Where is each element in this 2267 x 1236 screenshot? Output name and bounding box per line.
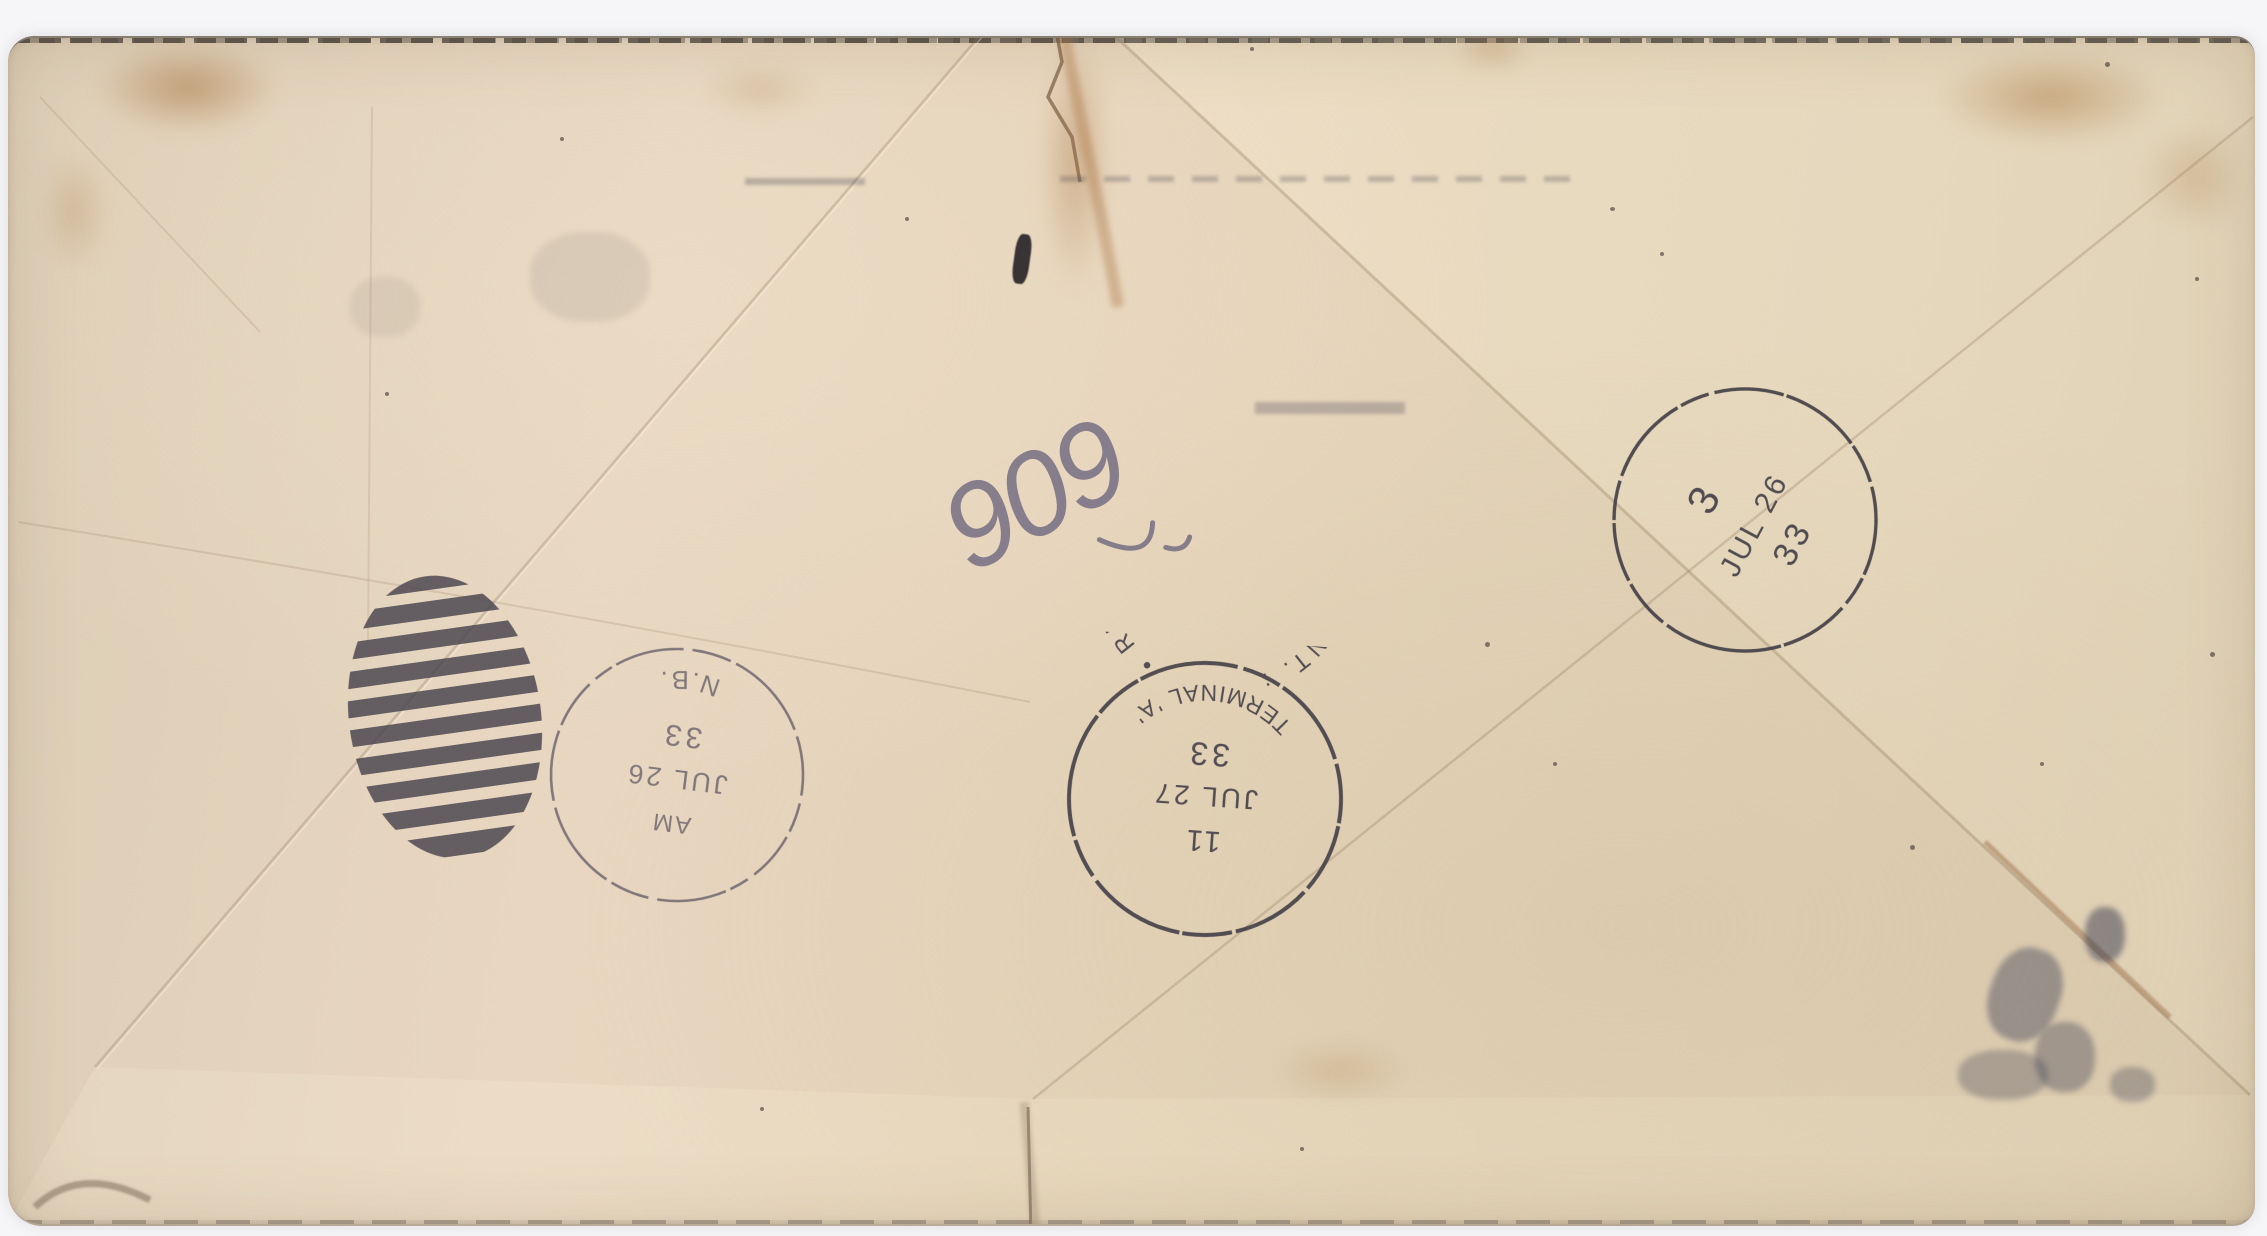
stain-left-edge [40, 152, 110, 272]
ink-speck [2210, 652, 2215, 657]
svg-text:TERMINAL 'A': TERMINAL 'A' [1124, 674, 1298, 741]
shediac-date: JUL 26 [624, 758, 729, 800]
ink-speck [1553, 762, 1557, 766]
ghost-ink-streak [1060, 176, 1580, 182]
ink-smudge-cluster-1 [1976, 938, 2074, 1051]
tear-bottom-center [1028, 1107, 1031, 1226]
ink-speck [1910, 845, 1915, 850]
toronto-time: 11 [1182, 823, 1221, 859]
toronto-registration-postmark: TORONTO·ONT. : • REG.DIV. • TERMINAL 'A'… [1034, 628, 1376, 970]
stain-tear-streak [1040, 36, 1110, 292]
svg-text:HALIFAX & CAMP·R.P.O.: HALIFAX & CAMP·R.P.O. [1819, 474, 1948, 722]
halifax-rpo-postmark: HALIFAX & CAMP·R.P.O. 3 JUL 26 33 [1542, 317, 1948, 723]
ink-speck [385, 392, 389, 396]
ink-speck [1250, 47, 1254, 51]
stain-top-small [1452, 36, 1532, 74]
shediac-province-arc: N.B. [652, 661, 724, 704]
toronto-office-arc: TERMINAL 'A' [1124, 674, 1298, 741]
ghost-smudge-line [1255, 402, 1405, 414]
ink-speck [1300, 1147, 1304, 1151]
corner-curl-bottom-left [35, 1184, 150, 1207]
manuscript-registration-number: 909 [892, 342, 1238, 672]
ink-smudge-cluster-4 [2085, 907, 2125, 962]
crease-right-brown-segment [1985, 842, 2170, 1017]
ghost-blot-left [530, 232, 650, 322]
stain-bottom-center [1270, 1040, 1410, 1100]
stain-top-center-left [700, 60, 820, 120]
crease-left-flap-edge [95, 36, 1000, 1067]
ink-speck [1485, 642, 1490, 647]
tear-top-center [1048, 36, 1080, 182]
halifax-train-number: 3 [1677, 479, 1729, 522]
stain-top-right-lower [2140, 122, 2250, 232]
ghost-ink-streak-short [745, 178, 865, 185]
ink-smudge-cluster-2 [2035, 1022, 2095, 1092]
halifax-arc: HALIFAX & CAMP·R.P.O. [1819, 474, 1948, 722]
toronto-year: 33 [1185, 735, 1231, 774]
stain-top-left [95, 40, 280, 135]
ink-speck [2105, 62, 2110, 67]
ink-smudge-cluster-3 [1958, 1050, 2048, 1100]
crease-vertical-faint [368, 107, 372, 642]
shediac-year: 33 [659, 717, 704, 755]
ink-speck [1610, 207, 1615, 211]
ink-speck [1660, 252, 1664, 256]
svg-text:TORONTO·ONT. :: TORONTO·ONT. : [1253, 628, 1369, 702]
ink-speck [2195, 277, 2199, 281]
tear-bottom-halo [1024, 1102, 1036, 1226]
ink-speck [560, 137, 564, 141]
ink-blob-top-center [1011, 233, 1034, 285]
killer-bar [315, 555, 536, 605]
shediac-time: AM [650, 807, 693, 839]
ink-smudge-cluster-5 [2110, 1067, 2155, 1102]
svg-text:N.B.: N.B. [652, 661, 724, 704]
stain-top-right [1935, 50, 2165, 145]
toronto-city-arc: TORONTO·ONT. : [1253, 628, 1369, 702]
envelope-back: SHEDIAC N.B. AM JUL 26 33 TORONTO·ONT. : [8, 36, 2255, 1226]
scan-background: SHEDIAC N.B. AM JUL 26 33 TORONTO·ONT. : [0, 0, 2267, 1236]
ink-speck [760, 1107, 764, 1111]
envelope-surface: SHEDIAC N.B. AM JUL 26 33 TORONTO·ONT. : [8, 36, 2255, 1226]
ink-speck [2040, 762, 2044, 766]
manuscript-number-text: 909 [921, 393, 1148, 597]
tear-top-stain-streak [1060, 36, 1118, 307]
crease-left-highlight [97, 36, 1002, 1069]
crease-top-left-corner [40, 97, 260, 332]
ink-speck [905, 217, 909, 221]
shediac-postmark: SHEDIAC N.B. AM JUL 26 33 [515, 613, 838, 936]
ghost-blot-left-2 [350, 277, 420, 337]
toronto-date: JUL 27 [1151, 777, 1259, 815]
manuscript-tick [1166, 535, 1192, 554]
